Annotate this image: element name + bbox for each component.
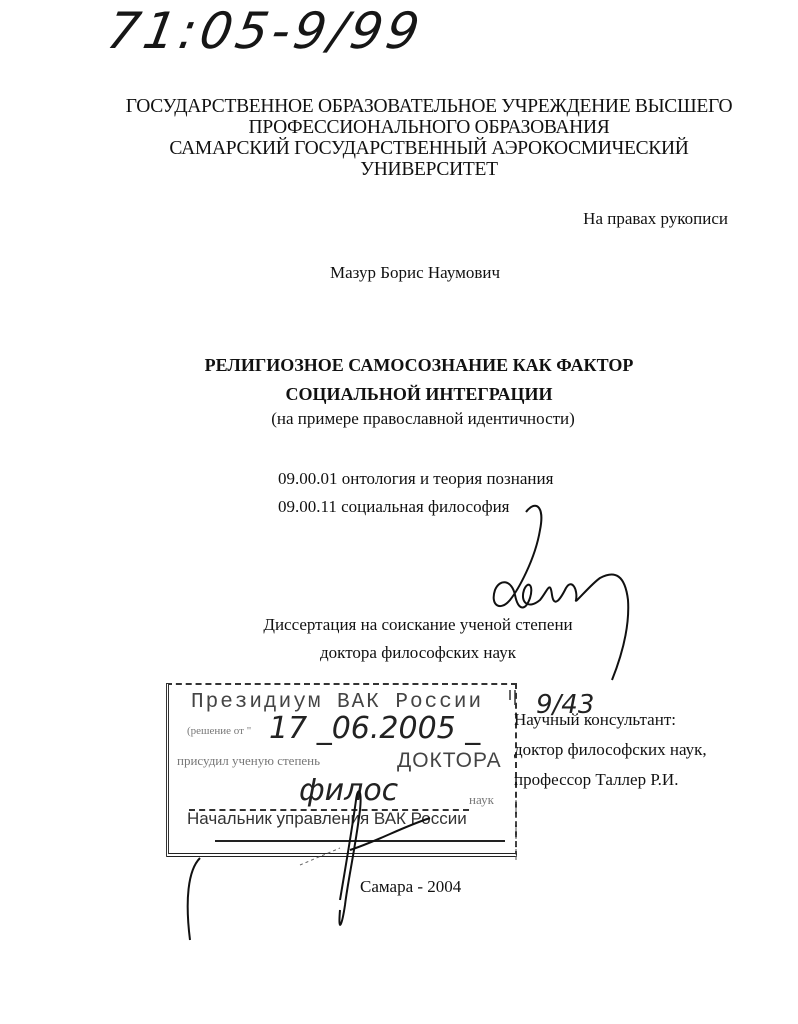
signature-icon xyxy=(0,0,798,1024)
